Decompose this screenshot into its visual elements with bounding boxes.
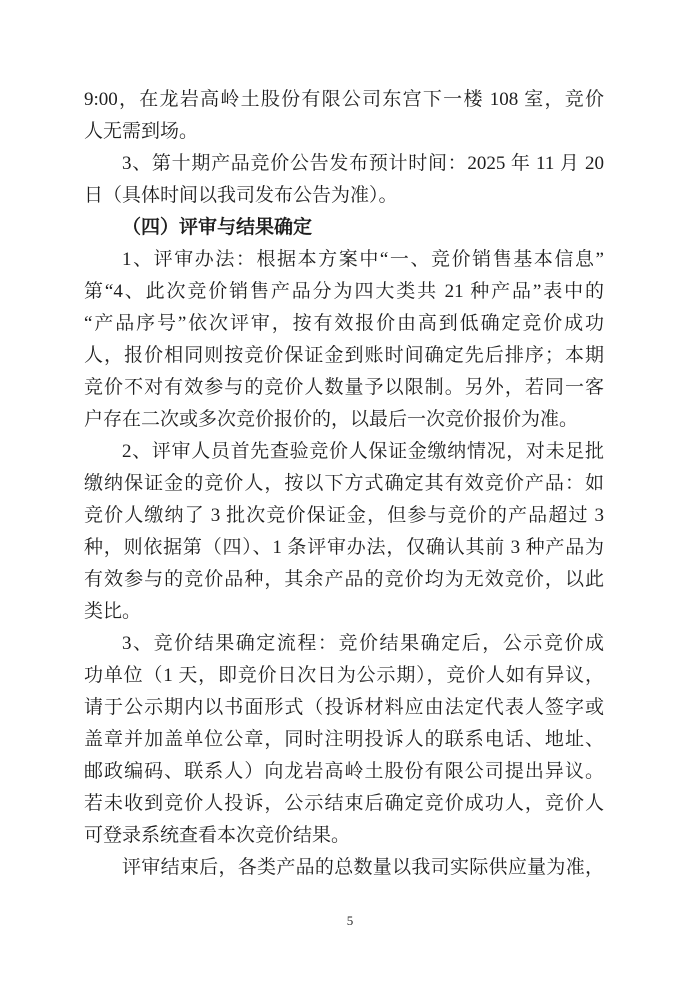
- section-heading: （四）评审与结果确定: [84, 212, 604, 244]
- text-line: “产品序号”依次评审，按有效报价由高到低确定竞价成功: [84, 308, 604, 340]
- paragraph: 2、评审人员首先查验竞价人保证金缴纳情况，对未足批 缴纳保证金的竞价人，按以下方…: [84, 436, 604, 628]
- document-body: 9:00，在龙岩高岭土股份有限公司东宫下一楼 108 室，竞价 人无需到场。 3…: [84, 84, 604, 884]
- heading-line: （四）评审与结果确定: [84, 212, 604, 244]
- text-line: 1、评审办法：根据本方案中“一、竞价销售基本信息”: [84, 244, 604, 276]
- text-line: 2、评审人员首先查验竞价人保证金缴纳情况，对未足批: [84, 436, 604, 468]
- text-line: 种，则依据第（四）、1 条评审办法，仅确认其前 3 种产品为: [84, 532, 604, 564]
- text-line: 人无需到场。: [84, 116, 604, 148]
- page-footer: 5: [0, 912, 700, 930]
- text-line: 若未收到竞价人投诉，公示结束后确定竞价成功人，竞价人: [84, 788, 604, 820]
- text-line: 功单位（1 天，即竞价日次日为公示期），竞价人如有异议，: [84, 660, 604, 692]
- paragraph: 3、第十期产品竞价公告发布预计时间：2025 年 11 月 20 日（具体时间以…: [84, 148, 604, 212]
- text-line: 可登录系统查看本次竞价结果。: [84, 820, 604, 852]
- text-line: 9:00，在龙岩高岭土股份有限公司东宫下一楼 108 室，竞价: [84, 84, 604, 116]
- text-line: 类比。: [84, 596, 604, 628]
- text-line: 邮政编码、联系人）向龙岩高岭土股份有限公司提出异议。: [84, 756, 604, 788]
- text-line: 3、第十期产品竞价公告发布预计时间：2025 年 11 月 20: [84, 148, 604, 180]
- text-line: 竞价不对有效参与的竞价人数量予以限制。另外，若同一客: [84, 372, 604, 404]
- text-line: 盖章并加盖单位公章，同时注明投诉人的联系电话、地址、: [84, 724, 604, 756]
- text-line: 缴纳保证金的竞价人，按以下方式确定其有效竞价产品：如: [84, 468, 604, 500]
- paragraph: 评审结束后，各类产品的总数量以我司实际供应量为准，: [84, 852, 604, 884]
- text-line: 竞价人缴纳了 3 批次竞价保证金，但参与竞价的产品超过 3: [84, 500, 604, 532]
- text-line: 日（具体时间以我司发布公告为准）。: [84, 180, 604, 212]
- text-line: 户存在二次或多次竞价报价的，以最后一次竞价报价为准。: [84, 404, 604, 436]
- text-line: 第“4、此次竞价销售产品分为四大类共 21 种产品”表中的: [84, 276, 604, 308]
- text-line: 3、竞价结果确定流程：竞价结果确定后，公示竞价成: [84, 628, 604, 660]
- text-line: 请于公示期内以书面形式（投诉材料应由法定代表人签字或: [84, 692, 604, 724]
- paragraph: 3、竞价结果确定流程：竞价结果确定后，公示竞价成 功单位（1 天，即竞价日次日为…: [84, 628, 604, 852]
- text-line: 评审结束后，各类产品的总数量以我司实际供应量为准，: [84, 852, 604, 884]
- page-number: 5: [347, 913, 354, 928]
- paragraph: 1、评审办法：根据本方案中“一、竞价销售基本信息” 第“4、此次竞价销售产品分为…: [84, 244, 604, 436]
- document-page: 9:00，在龙岩高岭土股份有限公司东宫下一楼 108 室，竞价 人无需到场。 3…: [0, 0, 700, 990]
- paragraph: 9:00，在龙岩高岭土股份有限公司东宫下一楼 108 室，竞价 人无需到场。: [84, 84, 604, 148]
- text-line: 有效参与的竞价品种，其余产品的竞价均为无效竞价，以此: [84, 564, 604, 596]
- text-line: 人，报价相同则按竞价保证金到账时间确定先后排序；本期: [84, 340, 604, 372]
